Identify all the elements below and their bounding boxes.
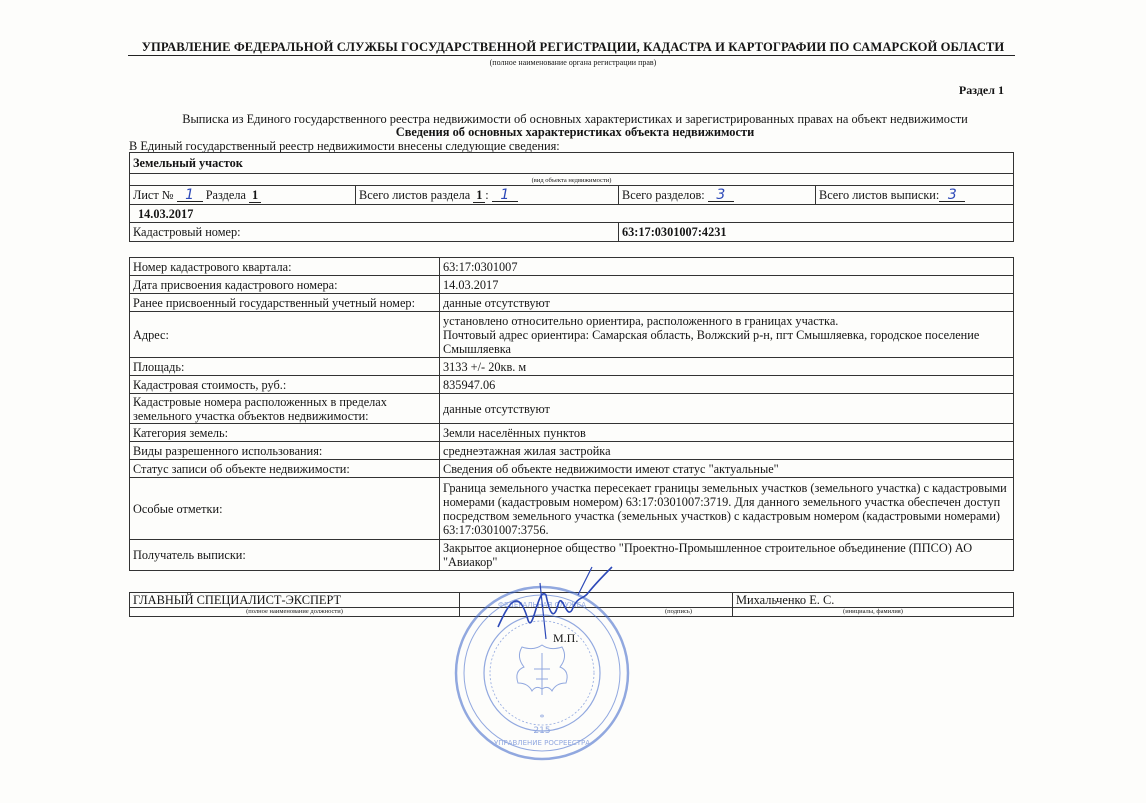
- table-row: Виды разрешенного использования: среднеэ…: [130, 442, 1014, 460]
- sheet-number-handwritten: 1: [177, 189, 203, 202]
- row-value: 835947.06: [440, 376, 1014, 394]
- characteristics-table: Номер кадастрового квартала: 63:17:03010…: [129, 257, 1014, 571]
- address-line-2: Почтовый адрес ориентира: Самарская обла…: [443, 328, 1010, 356]
- cadastral-number-label: Кадастровый номер:: [130, 223, 619, 242]
- sheet-label: Лист №: [133, 188, 174, 202]
- row-value: 14.03.2017: [440, 276, 1014, 294]
- cadastral-number-value: 63:17:0301007:4231: [619, 223, 1014, 242]
- sheet-number-cell: Лист № 1 Раздела 1: [130, 186, 356, 205]
- total-sheets-label: Всего листов выписки:: [819, 188, 939, 202]
- address-line-1: установлено относительно ориентира, расп…: [443, 314, 1010, 328]
- section-label: Раздел 1: [900, 83, 1004, 98]
- row-value: Сведения об объекте недвижимости имеют с…: [440, 460, 1014, 478]
- organization-caption: (полное наименование органа регистрации …: [128, 58, 1018, 67]
- document-subtitle: Сведения об основных характеристиках объ…: [120, 125, 1030, 140]
- table-row: Кадастровые номера расположенных в преде…: [130, 394, 1014, 424]
- table-row: Площадь: 3133 +/- 20кв. м: [130, 358, 1014, 376]
- row-label: Площадь:: [130, 358, 440, 376]
- row-label: Номер кадастрового квартала:: [130, 258, 440, 276]
- object-type-caption: (вид объекта недвижимости): [130, 174, 1014, 186]
- row-value: Земли населённых пунктов: [440, 424, 1014, 442]
- row-value: среднеэтажная жилая застройка: [440, 442, 1014, 460]
- row-label: Статус записи об объекте недвижимости:: [130, 460, 440, 478]
- total-sheets-cell: Всего листов выписки:3: [816, 186, 1014, 205]
- row-label: Получатель выписки:: [130, 540, 440, 571]
- table-row: Дата присвоения кадастрового номера: 14.…: [130, 276, 1014, 294]
- table-row: Адрес: установлено относительно ориентир…: [130, 312, 1014, 358]
- row-label: Кадастровые номера расположенных в преде…: [130, 394, 440, 424]
- row-label: Особые отметки:: [130, 478, 440, 540]
- row-label: Категория земель:: [130, 424, 440, 442]
- extract-date: 14.03.2017: [130, 205, 1014, 223]
- svg-text:215: 215: [533, 726, 550, 736]
- row-label: Дата присвоения кадастрового номера:: [130, 276, 440, 294]
- object-type: Земельный участок: [130, 153, 1014, 174]
- row-value: данные отсутствуют: [440, 394, 1014, 424]
- row-value: Граница земельного участка пересекает гр…: [440, 478, 1014, 540]
- svg-text:УПРАВЛЕНИЕ РОСРЕЕСТРА: УПРАВЛЕНИЕ РОСРЕЕСТРА: [494, 739, 590, 747]
- total-sections-handwritten: 3: [708, 189, 734, 202]
- seal-place-label: М.П.: [553, 631, 578, 646]
- table-row: Кадастровая стоимость, руб.: 835947.06: [130, 376, 1014, 394]
- section-sheets-handwritten: 1: [492, 189, 518, 202]
- section-sheets-prefix: 1: [473, 188, 485, 203]
- position-caption: (полное наименование должности): [130, 608, 460, 617]
- total-sections-cell: Всего разделов: 3: [619, 186, 816, 205]
- official-position: ГЛАВНЫЙ СПЕЦИАЛИСТ-ЭКСПЕРТ: [130, 593, 460, 608]
- section-sheets-label: Всего листов раздела: [359, 188, 470, 202]
- row-value: данные отсутствуют: [440, 294, 1014, 312]
- section-sheets-cell: Всего листов раздела 1: 1: [356, 186, 619, 205]
- organization-underline: [128, 55, 1015, 56]
- total-sheets-handwritten: 3: [939, 189, 965, 202]
- table-row: Номер кадастрового квартала: 63:17:03010…: [130, 258, 1014, 276]
- total-sections-label: Всего разделов:: [622, 188, 705, 202]
- table-row: Особые отметки: Граница земельного участ…: [130, 478, 1014, 540]
- organization-title: УПРАВЛЕНИЕ ФЕДЕРАЛЬНОЙ СЛУЖБЫ ГОСУДАРСТВ…: [128, 40, 1018, 55]
- row-value: 3133 +/- 20кв. м: [440, 358, 1014, 376]
- object-summary-table: Земельный участок (вид объекта недвижимо…: [129, 152, 1014, 242]
- svg-text:*: *: [540, 713, 545, 724]
- row-label: Кадастровая стоимость, руб.:: [130, 376, 440, 394]
- table-row: Категория земель: Земли населённых пункт…: [130, 424, 1014, 442]
- official-name: Михальченко Е. С.: [733, 593, 1014, 608]
- row-label: Адрес:: [130, 312, 440, 358]
- row-label: Ранее присвоенный государственный учетны…: [130, 294, 440, 312]
- row-label: Виды разрешенного использования:: [130, 442, 440, 460]
- table-row: Ранее присвоенный государственный учетны…: [130, 294, 1014, 312]
- section-of-label: Раздела: [206, 188, 246, 202]
- name-caption: (инициалы, фамилия): [733, 608, 1014, 617]
- row-value: 63:17:0301007: [440, 258, 1014, 276]
- table-row: Статус записи об объекте недвижимости: С…: [130, 460, 1014, 478]
- section-of-value: 1: [249, 188, 261, 203]
- row-value-address: установлено относительно ориентира, расп…: [440, 312, 1014, 358]
